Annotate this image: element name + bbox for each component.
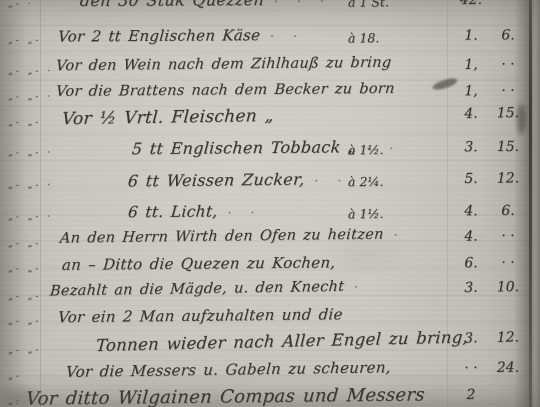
ledger-row: „- ·den 30 Stük Quezzen· · ·à 1 St.42.· … bbox=[0, 0, 540, 17]
entry-text: Vor ein 2 Man aufzuhalten und die bbox=[57, 305, 343, 326]
ditto-marks: „- „- · bbox=[8, 212, 53, 222]
entry-text: An den Herrn Wirth den Ofen zu heitzen· bbox=[59, 226, 404, 246]
entry-text: den 30 Stük Quezzen· · · bbox=[79, 0, 331, 10]
ledger-row: „- „-Vor 2 tt Englischen Käse· ·à 18.1.6… bbox=[0, 24, 540, 54]
ditto-marks: „- bbox=[8, 371, 22, 381]
unit-price: à 18. bbox=[348, 30, 379, 45]
amount-col1: 4. bbox=[455, 203, 487, 219]
unit-price: à 1½. bbox=[348, 206, 384, 221]
ditto-marks: „- „- · bbox=[8, 148, 53, 158]
page-edge-shadow bbox=[514, 0, 530, 407]
entry-text: Vor ditto Wilgainen Compas und Messers bbox=[25, 384, 425, 407]
unit-price: à 2¼. bbox=[348, 174, 384, 189]
entry-text: Vor den Wein nach dem Zihlhauß zu bring bbox=[55, 55, 392, 75]
amount-col1: 4. bbox=[455, 106, 487, 123]
ditto-marks: „- „- bbox=[8, 239, 41, 249]
ditto-marks: „- „- bbox=[8, 264, 41, 274]
amount-col1: 2 bbox=[455, 387, 487, 403]
scanned-ledger-page: „- ·den 30 Stük Quezzen· · ·à 1 St.42.· … bbox=[0, 0, 540, 407]
amount-col1: 1, bbox=[455, 83, 487, 99]
entry-text: Vor 2 tt Englischen Käse· · bbox=[57, 26, 304, 46]
dot-leader: · · bbox=[314, 174, 348, 187]
unit-price: à 1 St. bbox=[348, 0, 389, 10]
amount-col1: 3. bbox=[455, 330, 487, 347]
entry-text: an – Ditto die Quezen zu Kochen, bbox=[61, 253, 336, 273]
amount-col1: · · bbox=[455, 360, 487, 376]
amount-col1: 1, bbox=[455, 57, 487, 73]
amount-col1: 5. bbox=[455, 171, 487, 187]
amount-col1: 3. bbox=[455, 139, 487, 155]
ditto-marks: „- „- · bbox=[8, 180, 53, 190]
dot-leader: · bbox=[354, 281, 365, 294]
ditto-marks: „- „- · bbox=[8, 66, 53, 76]
entry-text: Vor die Messers u. Gabeln zu scheuren, bbox=[65, 358, 391, 381]
dot-leader: · · bbox=[227, 206, 262, 219]
entry-text: Vor ½ Vrtl. Fleischen „ bbox=[61, 106, 274, 129]
amount-col1: 1. bbox=[455, 27, 487, 43]
book-page-edge bbox=[532, 0, 540, 407]
amount-col1: 6. bbox=[455, 255, 487, 271]
amount-col1: 4. bbox=[455, 228, 487, 244]
ditto-marks: „- „- bbox=[8, 36, 41, 46]
ditto-marks: „: bbox=[8, 397, 22, 407]
ditto-marks: „- „- · bbox=[8, 92, 53, 102]
ditto-marks: „- „- bbox=[8, 292, 41, 303]
ditto-marks: „- · bbox=[8, 0, 33, 9]
ditto-marks: „- „- bbox=[8, 316, 41, 326]
amount-col1: 3. bbox=[455, 280, 487, 297]
ditto-marks: „- „- bbox=[8, 118, 41, 129]
dot-leader: · · · bbox=[274, 0, 332, 8]
entry-text: 6 tt. Licht,· · bbox=[127, 202, 262, 221]
ledger-row: „- „- ·5 tt Englischen Tobback „· ·à 1½.… bbox=[0, 136, 540, 167]
amount-col1: 42. bbox=[455, 0, 487, 8]
dot-leader: · · bbox=[270, 30, 305, 43]
ledger-row: „- „- ·6 tt Weissen Zucker,· ·à 2¼.5.12. bbox=[0, 167, 540, 199]
unit-price: à 1½. bbox=[348, 142, 384, 157]
dot-leader: · bbox=[393, 228, 404, 241]
ditto-marks: „- „- bbox=[8, 345, 41, 356]
entry-text: Vor die Brattens nach dem Becker zu born bbox=[55, 81, 395, 100]
entry-text: Bezahlt an die Mägde, u. den Knecht· bbox=[49, 278, 365, 299]
entry-text: 6 tt Weissen Zucker,· · bbox=[127, 169, 349, 190]
